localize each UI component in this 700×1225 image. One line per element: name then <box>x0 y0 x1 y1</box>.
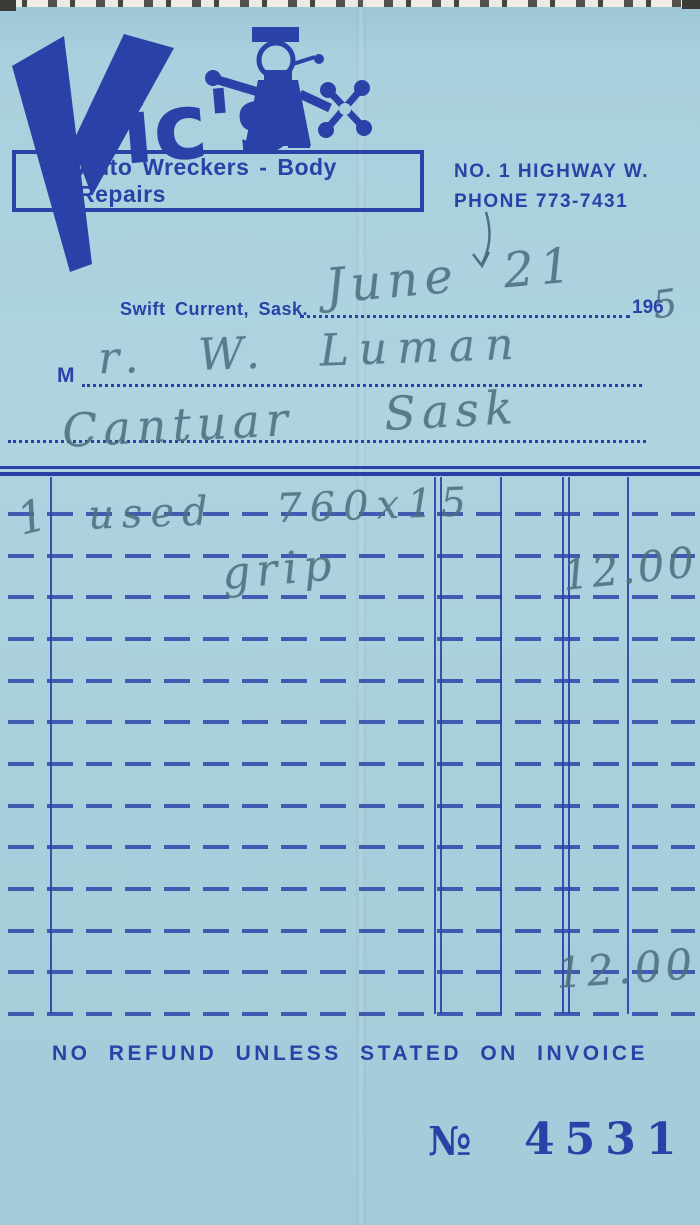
handwritten-amount: 12.00 <box>560 537 700 600</box>
scan-edge <box>0 0 700 7</box>
scan-corner-mark <box>0 0 16 11</box>
table-row-line <box>8 845 695 849</box>
handwritten-quantity: 1 <box>12 489 52 545</box>
table-row-line <box>8 637 695 641</box>
date-dotted-line <box>300 315 630 318</box>
no-refund-notice: NO REFUND UNLESS STATED ON INVOICE <box>0 1042 700 1066</box>
table-row-line <box>8 804 695 808</box>
table-row-line <box>8 762 695 766</box>
table-top-rule <box>0 472 700 476</box>
handwritten-description-line1: used 760x15 <box>87 479 474 538</box>
banner-label: Auto Wreckers - Body Repairs <box>78 154 420 208</box>
receipt-paper: ic's Auto Wreckers - Body <box>0 0 700 1225</box>
name-prefix: M <box>57 364 75 388</box>
handwritten-year-digit: 5 <box>650 281 680 328</box>
table-row-line <box>8 887 695 891</box>
invoice-number: 4531 <box>524 1114 686 1165</box>
table-row-line <box>8 1012 695 1016</box>
table-row-line <box>8 720 695 724</box>
address-line-1: NO. 1 HIGHWAY W. <box>454 157 694 187</box>
number-label: № <box>428 1118 471 1165</box>
address-block: NO. 1 HIGHWAY W. PHONE 773-7431 <box>454 157 694 218</box>
scan-corner-mark <box>682 0 700 9</box>
table-top-rule <box>0 466 700 469</box>
table-row-line <box>8 929 695 933</box>
place-label: Swift Current, Sask. <box>120 299 308 320</box>
banner-box: Auto Wreckers - Body Repairs <box>12 150 424 212</box>
handwritten-customer-address: Cantuar Sask <box>61 380 520 458</box>
handwritten-description-line2: grip <box>220 539 339 600</box>
handwritten-customer-name: r. W. Luman <box>97 319 524 385</box>
table-row-line <box>8 679 695 683</box>
handwritten-total: 12.00 <box>554 939 697 998</box>
name-dotted-line <box>82 384 642 387</box>
